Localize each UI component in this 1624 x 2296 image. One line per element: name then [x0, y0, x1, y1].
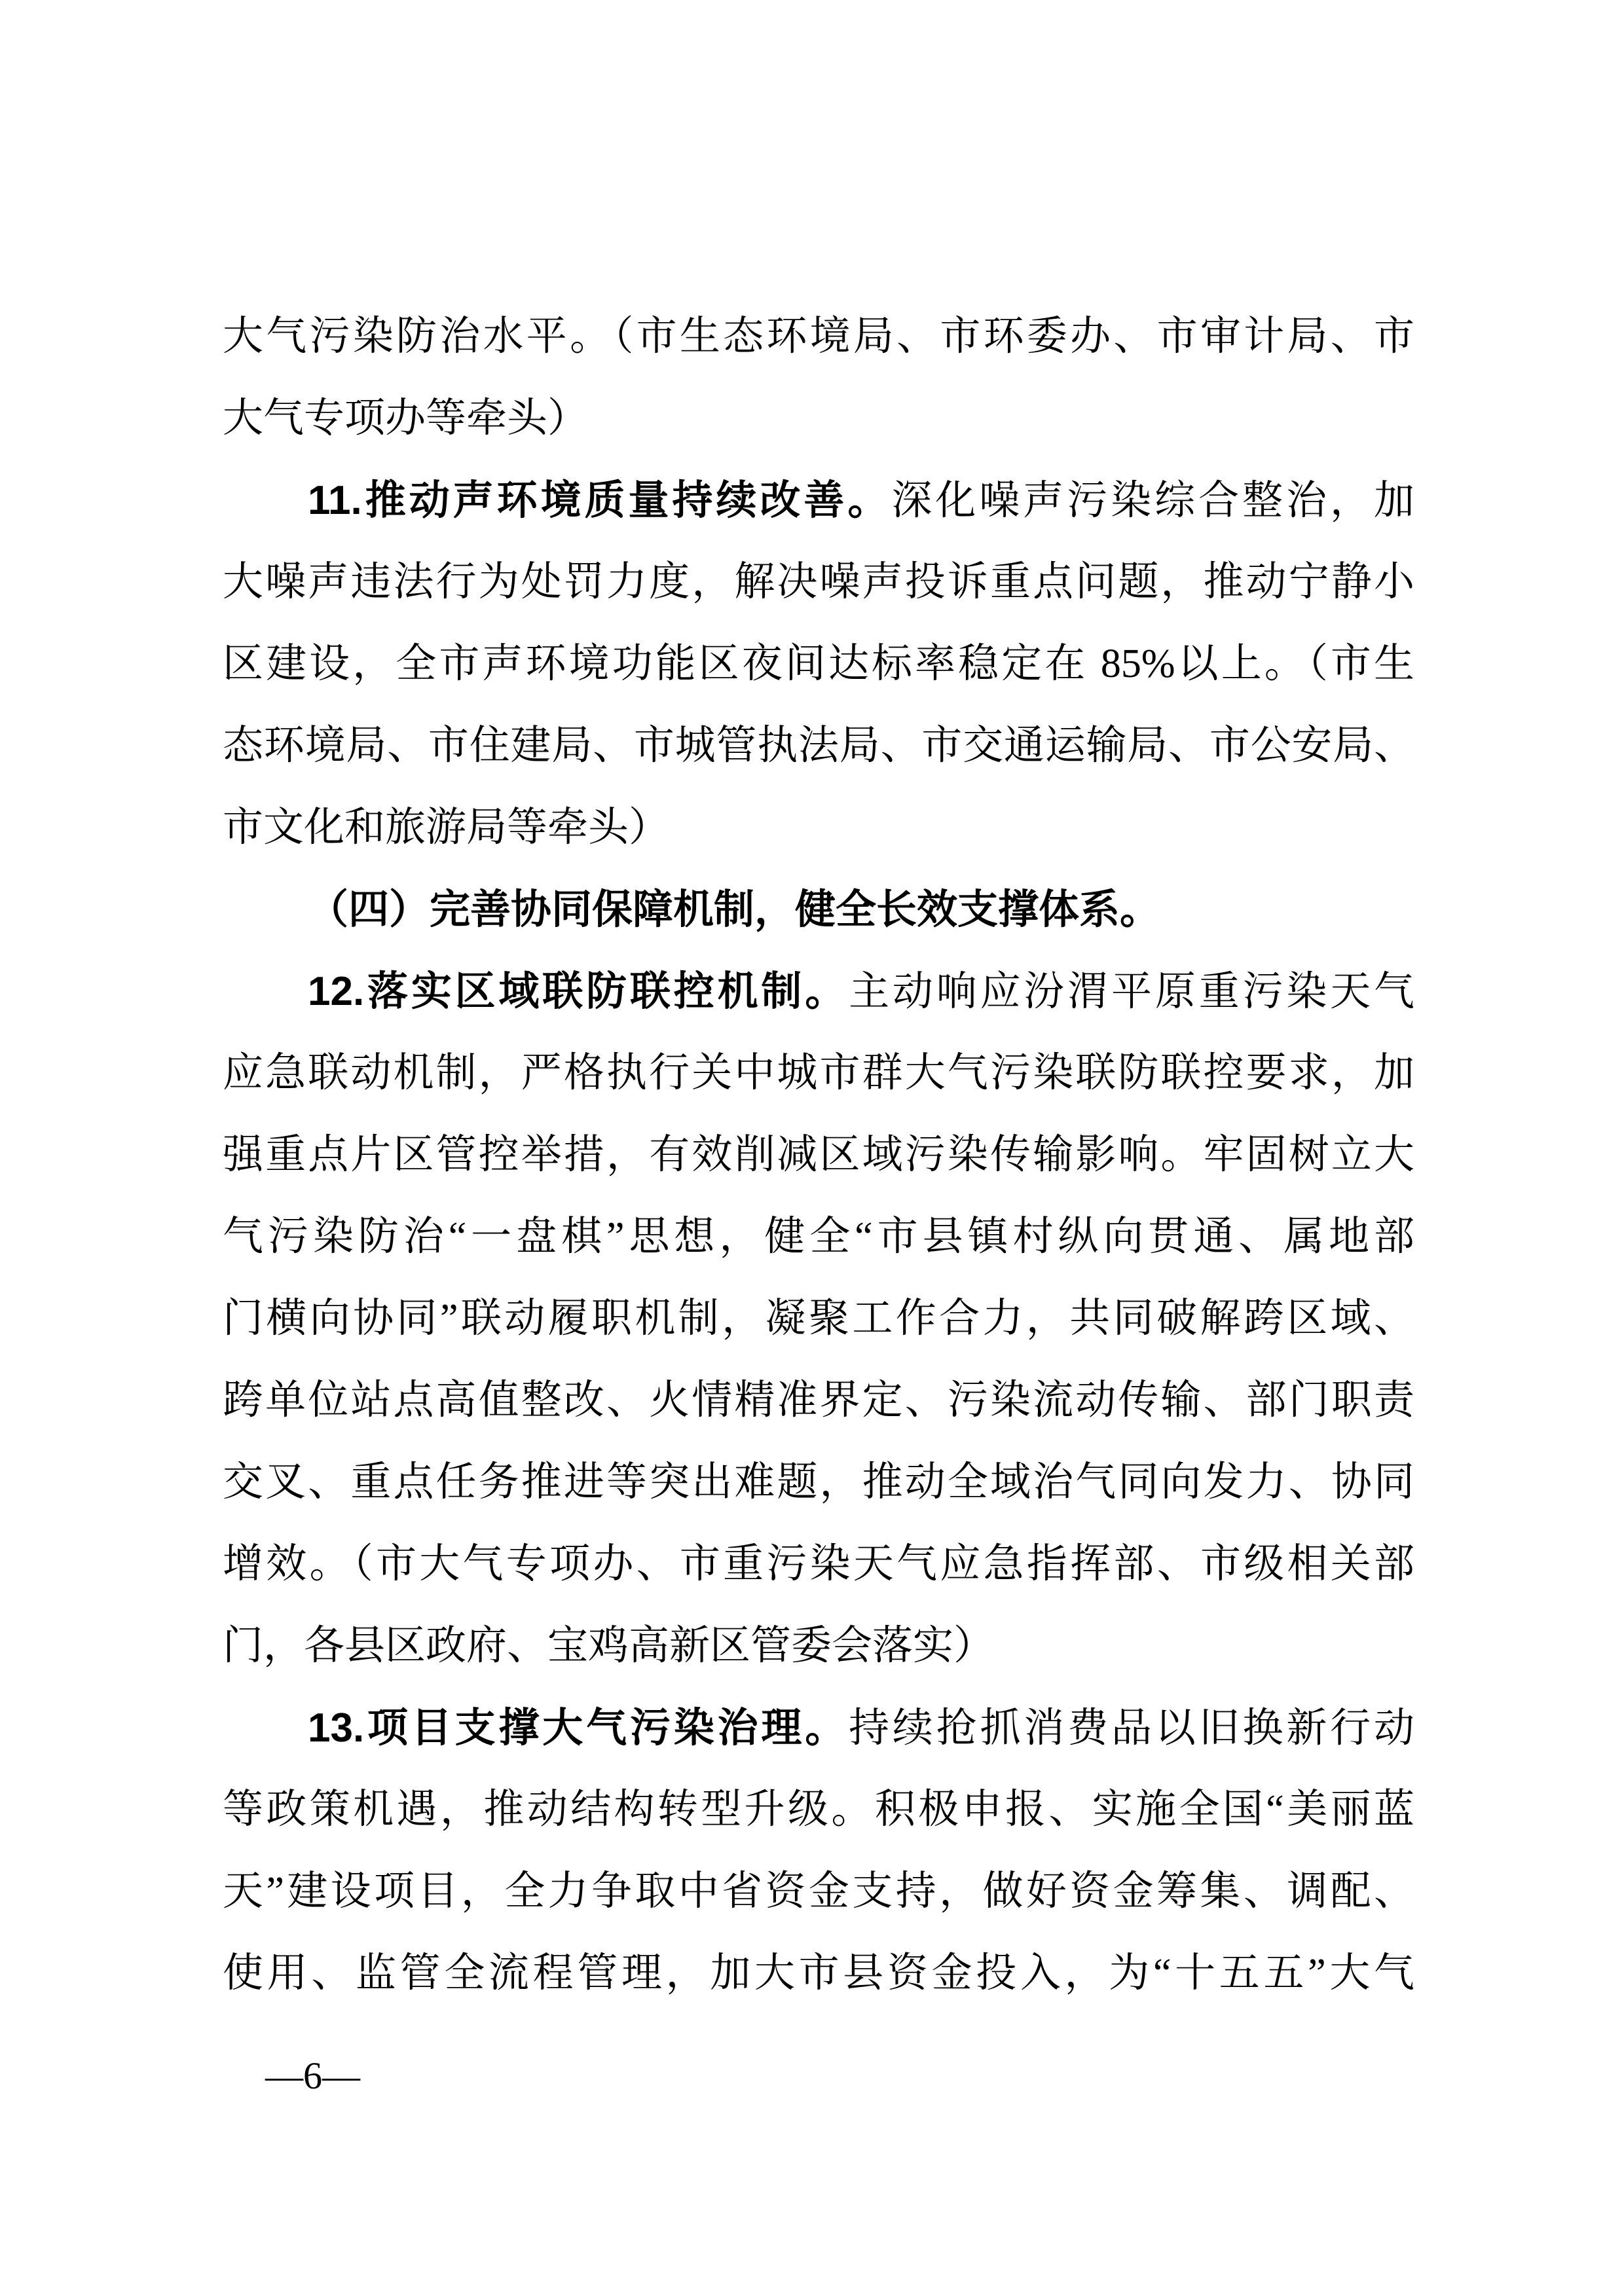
text-line: 13.项目支撑大气污染治理。持续抢抓消费品以旧换新行动: [223, 1687, 1414, 1769]
text-segment: 跨单位站点高值整改、火情精准界定、污染流动传输、部门职责: [223, 1378, 1414, 1423]
text-line: 增效。（市大气专项办、市重污染天气应急指挥部、市级相关部: [223, 1523, 1414, 1605]
text-segment: 市文化和旅游局等牵头）: [223, 805, 669, 850]
text-line: 应急联动机制，严格执行关中城市群大气污染联防联控要求，加: [223, 1032, 1414, 1114]
text-segment: 强重点片区管控举措，有效削减区域污染传输影响。牢固树立大: [223, 1133, 1414, 1177]
text-segment: 区建设，全市声环境功能区夜间达标率稳定在 85%以上。（市生: [223, 642, 1414, 686]
heading-segment: 12.落实区域联防联控机制。: [308, 969, 849, 1014]
text-segment: 使用、监管全流程管理，加大市县资金投入，为“十五五”大气: [223, 1951, 1414, 1995]
text-segment: 大气专项办等牵头）: [223, 396, 588, 441]
page-number: —6—: [265, 2057, 360, 2095]
text-segment: 增效。（市大气专项办、市重污染天气应急指挥部、市级相关部: [223, 1542, 1414, 1586]
text-line: 态环境局、市住建局、市城管执法局、市交通运输局、市公安局、: [223, 705, 1414, 787]
text-line: 大气专项办等牵头）: [223, 378, 1414, 460]
text-line: 12.落实区域联防联控机制。主动响应汾渭平原重污染天气: [223, 951, 1414, 1032]
text-line: 市文化和旅游局等牵头）: [223, 787, 1414, 869]
text-line: 大噪声违法行为处罚力度，解决噪声投诉重点问题，推动宁静小: [223, 541, 1414, 623]
text-line: 气污染防治“一盘棋”思想，健全“市县镇村纵向贯通、属地部: [223, 1196, 1414, 1278]
text-line: 交叉、重点任务推进等突出难题，推动全域治气同向发力、协同: [223, 1442, 1414, 1523]
text-segment: 主动响应汾渭平原重污染天气: [849, 970, 1414, 1014]
text-line: 区建设，全市声环境功能区夜间达标率稳定在 85%以上。（市生: [223, 623, 1414, 705]
text-line: 门横向协同”联动履职机制，凝聚工作合力，共同破解跨区域、: [223, 1278, 1414, 1360]
text-line: 等政策机遇，推动结构转型升级。积极申报、实施全国“美丽蓝: [223, 1769, 1414, 1851]
text-segment: 大噪声违法行为处罚力度，解决噪声投诉重点问题，推动宁静小: [223, 560, 1414, 604]
text-segment: 气污染防治“一盘棋”思想，健全“市县镇村纵向贯通、属地部: [223, 1214, 1414, 1259]
text-line: 门，各县区政府、宝鸡高新区管委会落实）: [223, 1605, 1414, 1687]
text-segment: 大气污染防治水平。（市生态环境局、市环委办、市审计局、市: [223, 314, 1414, 359]
text-line: 强重点片区管控举措，有效削减区域污染传输影响。牢固树立大: [223, 1114, 1414, 1196]
text-line: 使用、监管全流程管理，加大市县资金投入，为“十五五”大气: [223, 1933, 1414, 2014]
text-segment: 天”建设项目，全力争取中省资金支持，做好资金筹集、调配、: [223, 1869, 1414, 1914]
text-line: 跨单位站点高值整改、火情精准界定、污染流动传输、部门职责: [223, 1360, 1414, 1442]
heading-segment: 11.推动声环境质量持续改善。: [308, 478, 891, 523]
text-line: 大气污染防治水平。（市生态环境局、市环委办、市审计局、市: [223, 296, 1414, 378]
text-segment: 交叉、重点任务推进等突出难题，推动全域治气同向发力、协同: [223, 1460, 1414, 1504]
heading-segment: 13.项目支撑大气污染治理。: [308, 1705, 849, 1751]
text-line: （四）完善协同保障机制，健全长效支撑体系。: [223, 869, 1414, 951]
heading-segment: （四）完善协同保障机制，健全长效支撑体系。: [308, 887, 1160, 932]
text-segment: 深化噪声污染综合整治，加: [891, 479, 1414, 523]
text-segment: 门，各县区政府、宝鸡高新区管委会落实）: [223, 1624, 994, 1668]
text-segment: 持续抢抓消费品以旧换新行动: [849, 1706, 1414, 1751]
text-line: 11.推动声环境质量持续改善。深化噪声污染综合整治，加: [223, 460, 1414, 541]
text-segment: 态环境局、市住建局、市城管执法局、市交通运输局、市公安局、: [223, 723, 1414, 768]
document-page: 大气污染防治水平。（市生态环境局、市环委办、市审计局、市大气专项办等牵头）11.…: [0, 0, 1624, 2296]
text-segment: 门横向协同”联动履职机制，凝聚工作合力，共同破解跨区域、: [223, 1296, 1414, 1341]
text-segment: 应急联动机制，严格执行关中城市群大气污染联防联控要求，加: [223, 1051, 1414, 1095]
text-segment: 等政策机遇，推动结构转型升级。积极申报、实施全国“美丽蓝: [223, 1787, 1414, 1832]
document-body: 大气污染防治水平。（市生态环境局、市环委办、市审计局、市大气专项办等牵头）11.…: [223, 296, 1414, 2014]
text-line: 天”建设项目，全力争取中省资金支持，做好资金筹集、调配、: [223, 1851, 1414, 1933]
